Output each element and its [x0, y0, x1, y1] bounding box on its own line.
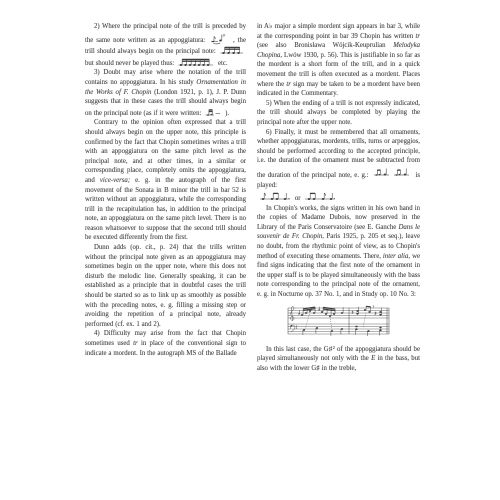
body-text: In Chopin's works, the signs written in … — [257, 205, 420, 231]
tr-label: tr — [223, 32, 226, 37]
body-text: Dunn adds (op. cit., p. 24) that the tri… — [85, 244, 246, 328]
paragraph-contrary-opinion: Contrary to the opinion often expressed … — [85, 118, 246, 243]
tr-sign-italic: tr — [286, 81, 291, 88]
body-text: Contrary to the opinion often expressed … — [85, 119, 246, 184]
notation-beamed-sixteenths-icon — [220, 45, 244, 56]
paragraph-dunn-adds: Dunn adds (op. cit., p. 24) that the tri… — [85, 243, 246, 329]
notation-ornament-pair-icon — [373, 166, 411, 180]
pitch-label: G♯² — [324, 346, 335, 353]
book-page: 2) Where the principal note of the trill… — [0, 0, 500, 500]
music-example-block: ♯ 3 ♯ — [257, 304, 420, 342]
body-text: but should never be played thus: — [85, 60, 174, 67]
paragraph-trill-preceded: 2) Where the principal note of the trill… — [85, 22, 246, 68]
body-text: (see also Bronisława Wójcik-Keuprulian — [257, 42, 386, 49]
body-text: ). — [225, 110, 229, 117]
paragraph-trill-ending: 5) When the ending of a trill is not exp… — [257, 99, 420, 128]
body-text: in A♭ major a simple mordent sign appear… — [257, 23, 420, 40]
notation-played-version-2-icon — [304, 190, 336, 203]
italic-phrase: vice-versa; — [100, 177, 130, 184]
paragraph-dubois-copies: In Chopin's works, the signs written in … — [257, 204, 420, 300]
body-text: 5) When the ending of a trill is not exp… — [257, 100, 420, 126]
paragraph-doubt-notation: 3) Doubt may arise where the notation of… — [85, 68, 246, 118]
paragraph-difficulty-mordent: 4) Difficulty may arise from the fact th… — [85, 329, 246, 358]
or-label: or — [295, 195, 301, 202]
tr-sign-italic: tr — [133, 340, 138, 347]
pitch-label: G♯ — [311, 365, 319, 372]
left-column: 2) Where the principal note of the trill… — [85, 22, 246, 358]
notation-played-version-1-icon — [259, 190, 291, 203]
body-text: in the treble, — [322, 365, 357, 372]
body-text: In this last case, the — [266, 346, 322, 353]
pitch-label-italic: E — [371, 355, 375, 362]
treble-clef-icon — [290, 306, 294, 320]
grand-staff-music-example: ♯ 3 ♯ — [286, 304, 392, 337]
italic-phrase: inter alia, — [383, 253, 410, 260]
sharp-sign: ♯ — [374, 310, 376, 315]
body-text: e. g. in the autograph of the first move… — [85, 177, 246, 242]
body-text: etc. — [218, 60, 228, 67]
played-examples-line: or — [257, 190, 420, 204]
notation-written-grace-icon — [205, 107, 221, 118]
right-column: in A♭ major a simple mordent sign appear… — [257, 22, 420, 373]
tr-sign-italic: tr — [415, 33, 420, 40]
notation-appoggiatura-trill-icon: tr — [210, 32, 228, 45]
triplet-number: 3 — [372, 304, 374, 308]
notation-long-beamed-run-icon — [178, 57, 214, 68]
sharp-sign: ♯ — [351, 309, 353, 314]
paragraph-ornament-duration: 6) Finally, it must be remembered that a… — [257, 128, 420, 191]
paragraph-ballade-continuation: in A♭ major a simple mordent sign appear… — [257, 22, 420, 99]
paragraph-last-case: In this last case, the G♯² of the appogg… — [257, 345, 420, 374]
